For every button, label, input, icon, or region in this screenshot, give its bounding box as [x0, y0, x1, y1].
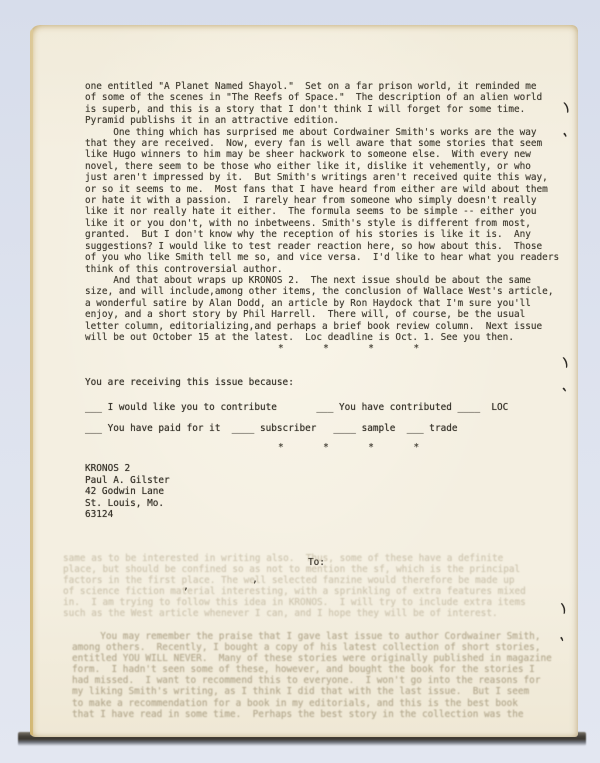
- text-line: think of this controversial author.: [85, 264, 570, 275]
- text-line: granted. But I don't know why the recept…: [85, 229, 570, 240]
- text-line: or so it seems to me. Most fans that I h…: [85, 184, 570, 195]
- ink-speck: ,: [183, 584, 189, 590]
- text-line: letter column, editorializing,and perhap…: [85, 321, 570, 332]
- text-line: of science fiction material interesting,…: [63, 586, 573, 597]
- text-line: of some of the scenes in "The Reefs of S…: [85, 92, 570, 103]
- text-line: enjoy, and a short story by Phil Harrell…: [85, 309, 570, 320]
- text-line: or hate it with a passion. I rarely hear…: [85, 195, 570, 206]
- text-line: such as the West article whenever I can,…: [63, 608, 573, 619]
- text-line: a wonderful satire by Alan Dodd, an arti…: [85, 298, 570, 309]
- text-line: is superb, and this is a story that I do…: [85, 104, 570, 115]
- text-line: 63124: [85, 509, 570, 521]
- text-line: size, and will include,among other items…: [85, 286, 570, 297]
- text-line: had missed. I want to recommend this to …: [72, 675, 582, 686]
- text-line: entitled YOU WILL NEVER. Many of these s…: [72, 653, 582, 664]
- text-line: like Hugo winners to him may be sheer ha…: [85, 149, 570, 160]
- text-line: of you who like Smith tell me so, and vi…: [85, 252, 570, 263]
- ink-speck: ,: [252, 577, 258, 583]
- text-line: And that about wraps up KRONOS 2. The ne…: [85, 275, 570, 286]
- text-line: that I have read in some time. Perhaps t…: [72, 709, 582, 720]
- mailing-form-header: You are receiving this issue because:: [85, 377, 570, 388]
- text-line: one entitled "A Planet Named Shayol." Se…: [85, 81, 570, 92]
- text-line: in. I am trying to follow this idea in K…: [63, 597, 573, 608]
- text-line: will be out October 15 at the latest. Lo…: [85, 332, 570, 343]
- text-line: suggestions? I would like to test reader…: [85, 241, 570, 252]
- text-line: 42 Godwin Lane: [85, 486, 570, 498]
- asterisk-separator-top: * * * *: [85, 343, 600, 354]
- text-line: same as to be interested in writing also…: [63, 553, 573, 564]
- fanzine-page: one entitled "A Planet Named Shayol." Se…: [30, 25, 578, 737]
- text-line: factors in the first place. The well sel…: [63, 575, 573, 586]
- ghost-text-bleedthrough-bottom: You may remember the praise that I gave …: [72, 631, 582, 720]
- asterisk-separator-bottom: * * * *: [85, 442, 600, 453]
- text-line: form. I hadn't seen some of these, howev…: [72, 664, 582, 675]
- text-line: Pyramid publishs it in an attractive edi…: [85, 115, 570, 126]
- mailing-form-row-contribute: ___ I would like you to contribute ___ Y…: [85, 402, 570, 413]
- text-line: KRONOS 2: [85, 463, 570, 475]
- scanner-background: one entitled "A Planet Named Shayol." Se…: [0, 0, 600, 763]
- text-line: my liking Smith's writing, as I think I …: [72, 686, 582, 697]
- text-line: that they are received. Now, every fan i…: [85, 138, 570, 149]
- editorial-text: one entitled "A Planet Named Shayol." Se…: [85, 81, 570, 343]
- ghost-text-bleedthrough-middle: same as to be interested in writing also…: [63, 553, 573, 620]
- text-line: like it or you don't, with no inbetweens…: [85, 218, 570, 229]
- text-line: like it nor really hate it either. The f…: [85, 206, 570, 217]
- text-line: novel, there seem to be those who either…: [85, 161, 570, 172]
- mailing-form-row-paid: ___ You have paid for it ____ subscriber…: [85, 423, 570, 434]
- text-line: St. Louis, Mo.: [85, 498, 570, 510]
- text-line: place, but should be confined so as not …: [63, 564, 573, 575]
- text-line: just aren't impressed by it. But Smith's…: [85, 172, 570, 183]
- text-line: Paul A. Gilster: [85, 475, 570, 487]
- return-address: KRONOS 2Paul A. Gilster42 Godwin LaneSt.…: [85, 463, 570, 521]
- text-line: One thing which has surprised me about C…: [85, 127, 570, 138]
- text-line: to make a recommendation for a book in m…: [72, 698, 582, 709]
- text-line: among others. Recently, I bought a copy …: [72, 642, 582, 653]
- text-line: You may remember the praise that I gave …: [72, 631, 582, 642]
